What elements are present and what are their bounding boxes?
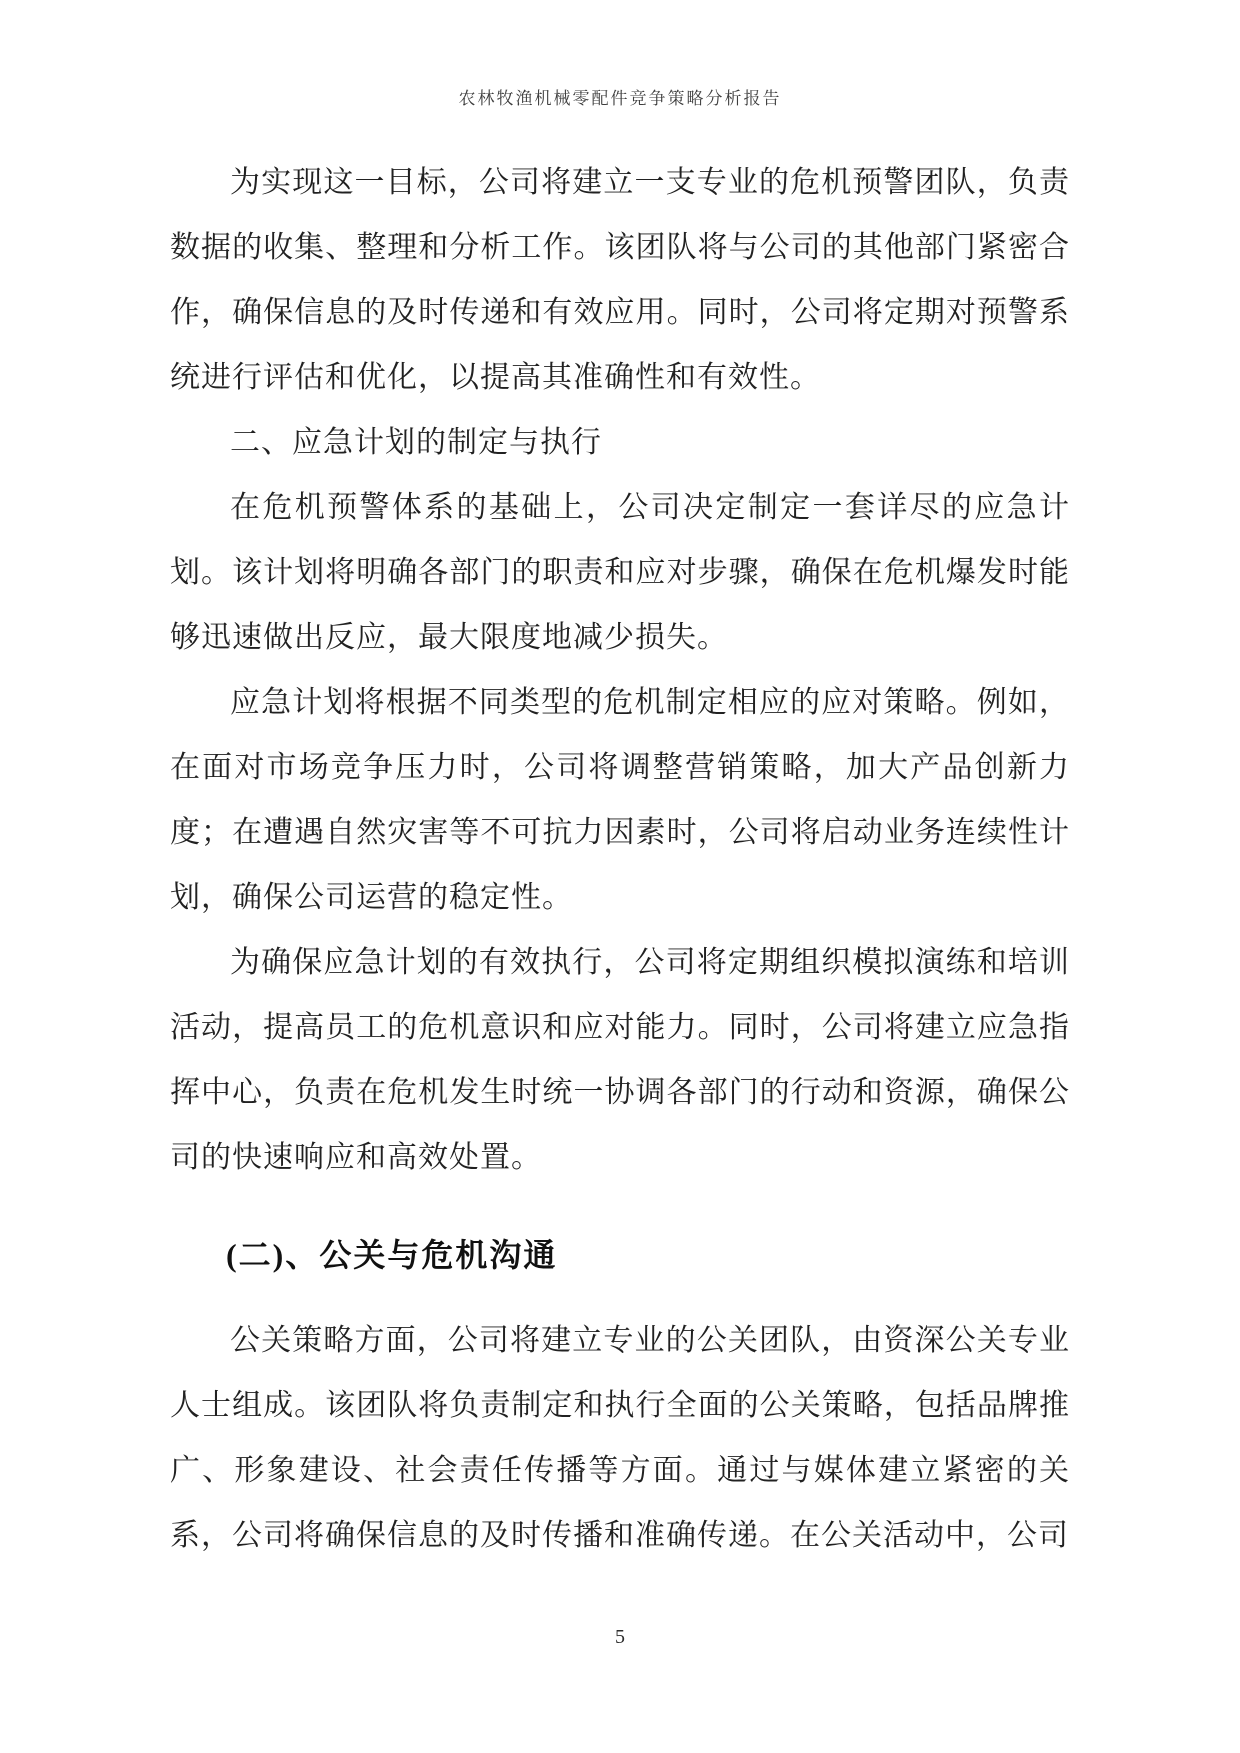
section-heading-pr-crisis-communication: (二)、公关与危机沟通: [170, 1222, 1070, 1288]
page-header-title: 农林牧渔机械零配件竞争策略分析报告: [0, 84, 1240, 109]
paragraph-emergency-plan-basis: 在危机预警体系的基础上，公司决定制定一套详尽的应急计划。该计划将明确各部门的职责…: [170, 475, 1070, 670]
document-page: 农林牧渔机械零配件竞争策略分析报告 为实现这一目标，公司将建立一支专业的危机预警…: [0, 0, 1240, 1753]
paragraph-emergency-plan-strategies: 应急计划将根据不同类型的危机制定相应的应对策略。例如，在面对市场竞争压力时，公司…: [170, 670, 1070, 930]
paragraph-crisis-warning-team: 为实现这一目标，公司将建立一支专业的危机预警团队，负责数据的收集、整理和分析工作…: [170, 150, 1070, 410]
page-number: 5: [0, 1626, 1240, 1649]
section-heading-emergency-plan: 二、应急计划的制定与执行: [170, 410, 1070, 475]
document-body: 为实现这一目标，公司将建立一支专业的危机预警团队，负责数据的收集、整理和分析工作…: [170, 150, 1070, 1568]
paragraph-pr-strategy: 公关策略方面，公司将建立专业的公关团队，由资深公关专业人士组成。该团队将负责制定…: [170, 1308, 1070, 1568]
paragraph-emergency-plan-execution: 为确保应急计划的有效执行，公司将定期组织模拟演练和培训活动，提高员工的危机意识和…: [170, 930, 1070, 1190]
